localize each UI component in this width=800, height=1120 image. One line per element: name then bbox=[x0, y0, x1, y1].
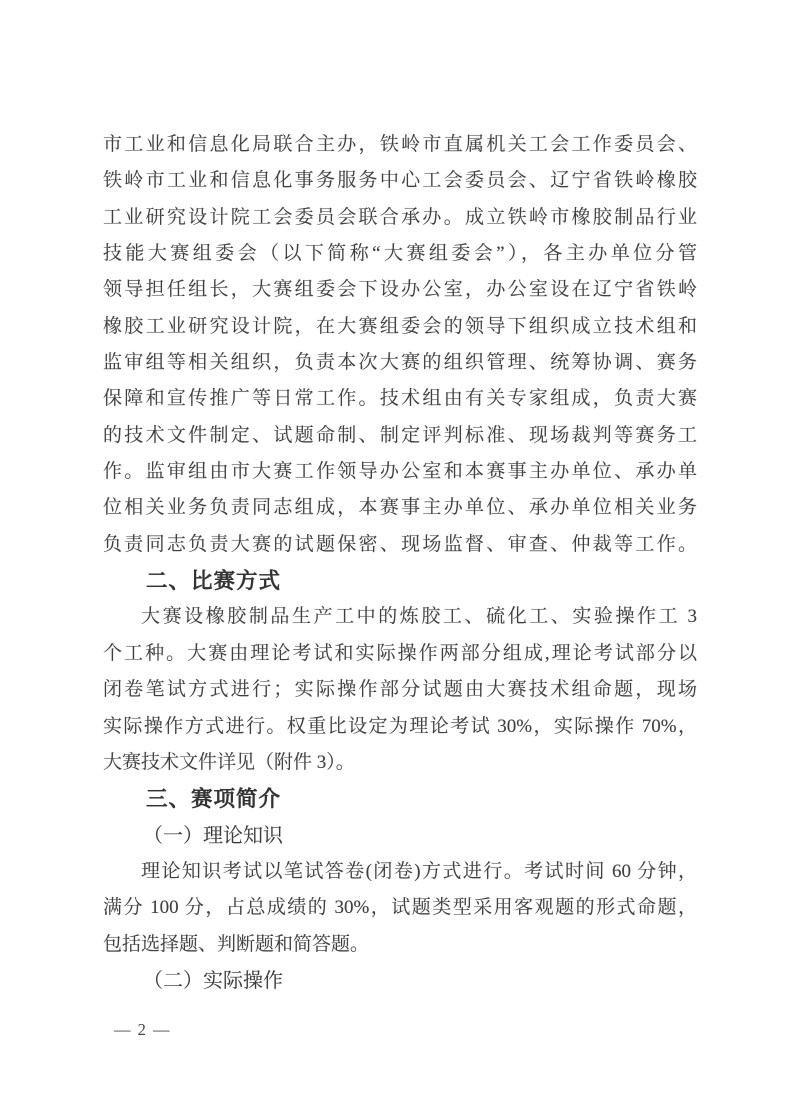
section-heading: 三、赛项简介 bbox=[103, 781, 697, 817]
text-line: 市工业和信息化局联合主办，铁岭市直属机关工会工作委员会、 bbox=[103, 127, 697, 163]
document-page: 市工业和信息化局联合主办，铁岭市直属机关工会工作委员会、铁岭市工业和信息化事务服… bbox=[0, 0, 800, 1120]
document-body: 市工业和信息化局联合主办，铁岭市直属机关工会工作委员会、铁岭市工业和信息化事务服… bbox=[103, 127, 697, 999]
text-line: 负责同志负责大赛的试题保密、现场监督、审查、仲裁等工作。 bbox=[103, 527, 697, 563]
text-line: 实际操作方式进行。权重比设定为理论考试 30%，实际操作 70%， bbox=[103, 709, 697, 745]
section-heading: 二、比赛方式 bbox=[103, 563, 697, 599]
text-line: 保障和宣传推广等日常工作。技术组由有关专家组成，负责大赛 bbox=[103, 381, 697, 417]
text-line: 作。监审组由市大赛工作领导办公室和本赛事主办单位、承办单 bbox=[103, 454, 697, 490]
text-line: 橡胶工业研究设计院，在大赛组委会的领导下组织成立技术组和 bbox=[103, 309, 697, 345]
text-line: 理论知识考试以笔试答卷(闭卷)方式进行。考试时间 60 分钟， bbox=[103, 854, 697, 890]
page-number: — 2 — bbox=[114, 1020, 171, 1040]
text-line: 个工种。大赛由理论考试和实际操作两部分组成,理论考试部分以 bbox=[103, 636, 697, 672]
text-line: 的技术文件制定、试题命制、制定评判标准、现场裁判等赛务工 bbox=[103, 418, 697, 454]
text-line: 铁岭市工业和信息化事务服务中心工会委员会、辽宁省铁岭橡胶 bbox=[103, 163, 697, 199]
text-line: 位相关业务负责同志组成，本赛事主办单位、承办单位相关业务 bbox=[103, 490, 697, 526]
text-line: 满分 100 分，占总成绩的 30%，试题类型采用客观题的形式命题， bbox=[103, 890, 697, 926]
text-line: 大赛技术文件详见（附件 3）。 bbox=[103, 745, 697, 781]
text-line: 大赛设橡胶制品生产工中的炼胶工、硫化工、实验操作工 3 bbox=[103, 599, 697, 635]
text-line: 包括选择题、判断题和简答题。 bbox=[103, 927, 697, 963]
text-line: 闭卷笔试方式进行；实际操作部分试题由大赛技术组命题，现场 bbox=[103, 672, 697, 708]
text-line: 领导担任组长，大赛组委会下设办公室，办公室设在辽宁省铁岭 bbox=[103, 272, 697, 308]
text-line: 监审组等相关组织，负责本次大赛的组织管理、统筹协调、赛务 bbox=[103, 345, 697, 381]
sub-heading: （二）实际操作 bbox=[103, 963, 697, 999]
text-line: 工业研究设计院工会委员会联合承办。成立铁岭市橡胶制品行业 bbox=[103, 200, 697, 236]
text-line: 技能大赛组委会（以下简称“大赛组委会”），各主办单位分管 bbox=[103, 236, 697, 272]
sub-heading: （一）理论知识 bbox=[103, 818, 697, 854]
